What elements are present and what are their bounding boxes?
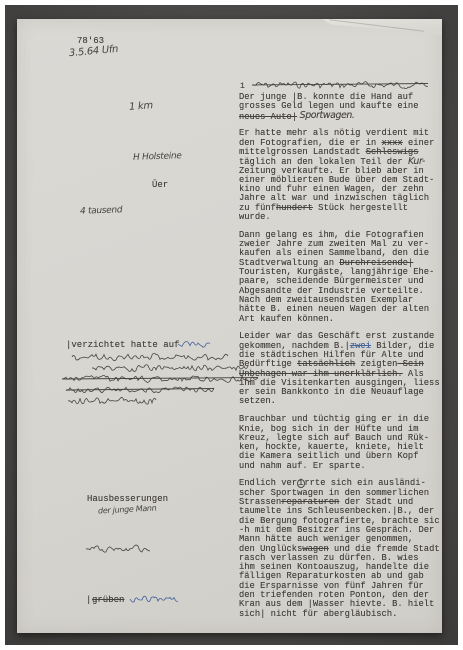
typed-text: Art kaufen können. (239, 314, 334, 324)
typescript-paragraph-6: Endlich verirrte sich ein ausländi-scher… (239, 479, 447, 618)
margin-note-uer: Ūer (152, 180, 168, 190)
struck-text: neues Auto| (239, 112, 297, 122)
scribble-stroke (72, 353, 228, 360)
margin-note-1km: 1 km (129, 100, 154, 113)
scribble-stroke (68, 397, 156, 404)
typed-text: mittelgrossen Landstadt (239, 147, 366, 157)
typescript-line: neues Auto| Sportwagen. (239, 112, 447, 121)
scribble-stroke (92, 365, 248, 372)
handwritten-correction: Sportwagen. (297, 110, 354, 121)
typescript-paragraph-5: Brauchbar und tüchtig ging er in dieKnie… (239, 415, 447, 471)
handwritten-correction: Kur- (408, 156, 425, 167)
typed-text: wurde. (239, 212, 271, 222)
typescript-paragraph-4: Leider war das Geschäft erst zustandegek… (239, 332, 447, 406)
manuscript-photo: Der junge |B. konnte die Hand aufgrosses… (0, 0, 463, 650)
margin-note-grueben: grüben (92, 595, 124, 605)
margin-note-verzichtet: |verzichtet hatte auf (66, 340, 179, 350)
deleted-line-number: 1 (240, 82, 245, 91)
typescript-paragraph-3: Dann gelang es ihm, die Fotografienzweie… (239, 231, 447, 324)
typescript-line: wurde. (239, 213, 447, 222)
typescript-line: Art kaufen können. (239, 315, 447, 324)
margin-scribble-block (62, 350, 260, 409)
typescript-line: sich| nicht für abergläubisch. (239, 610, 447, 619)
margin-scribble-grueben-blue (130, 592, 180, 607)
typed-text: sich| nicht für abergläubisch. (239, 609, 397, 619)
typescript-line: und nahm auf. Er sparte. (239, 462, 447, 471)
typescript-body: Der junge |B. konnte die Hand aufgrosses… (239, 93, 447, 627)
margin-note-4tausend: 4 tausend (80, 205, 123, 216)
typed-text: und nahm auf. Er sparte. (239, 461, 366, 471)
typescript-line: setzen. (239, 397, 447, 406)
margin-note-holsteine: H Holsteine (133, 151, 182, 163)
scribble-stroke (86, 545, 150, 552)
margin-scribble-kds (86, 542, 154, 557)
typed-text: Stück hergestellt (313, 203, 408, 213)
strike-line (252, 84, 428, 86)
typescript-paragraph-2: Er hatte mehr als nötig verdient mitden … (239, 129, 447, 222)
deleted-line-scribble (252, 78, 430, 93)
scribble-stroke (178, 342, 210, 348)
struck-text: hundert (276, 203, 313, 213)
scribble-stroke (130, 596, 178, 602)
margin-mark-pipe: | (86, 595, 91, 605)
typescript-paragraph-1: Der junge |B. konnte die Hand aufgrosses… (239, 93, 447, 121)
